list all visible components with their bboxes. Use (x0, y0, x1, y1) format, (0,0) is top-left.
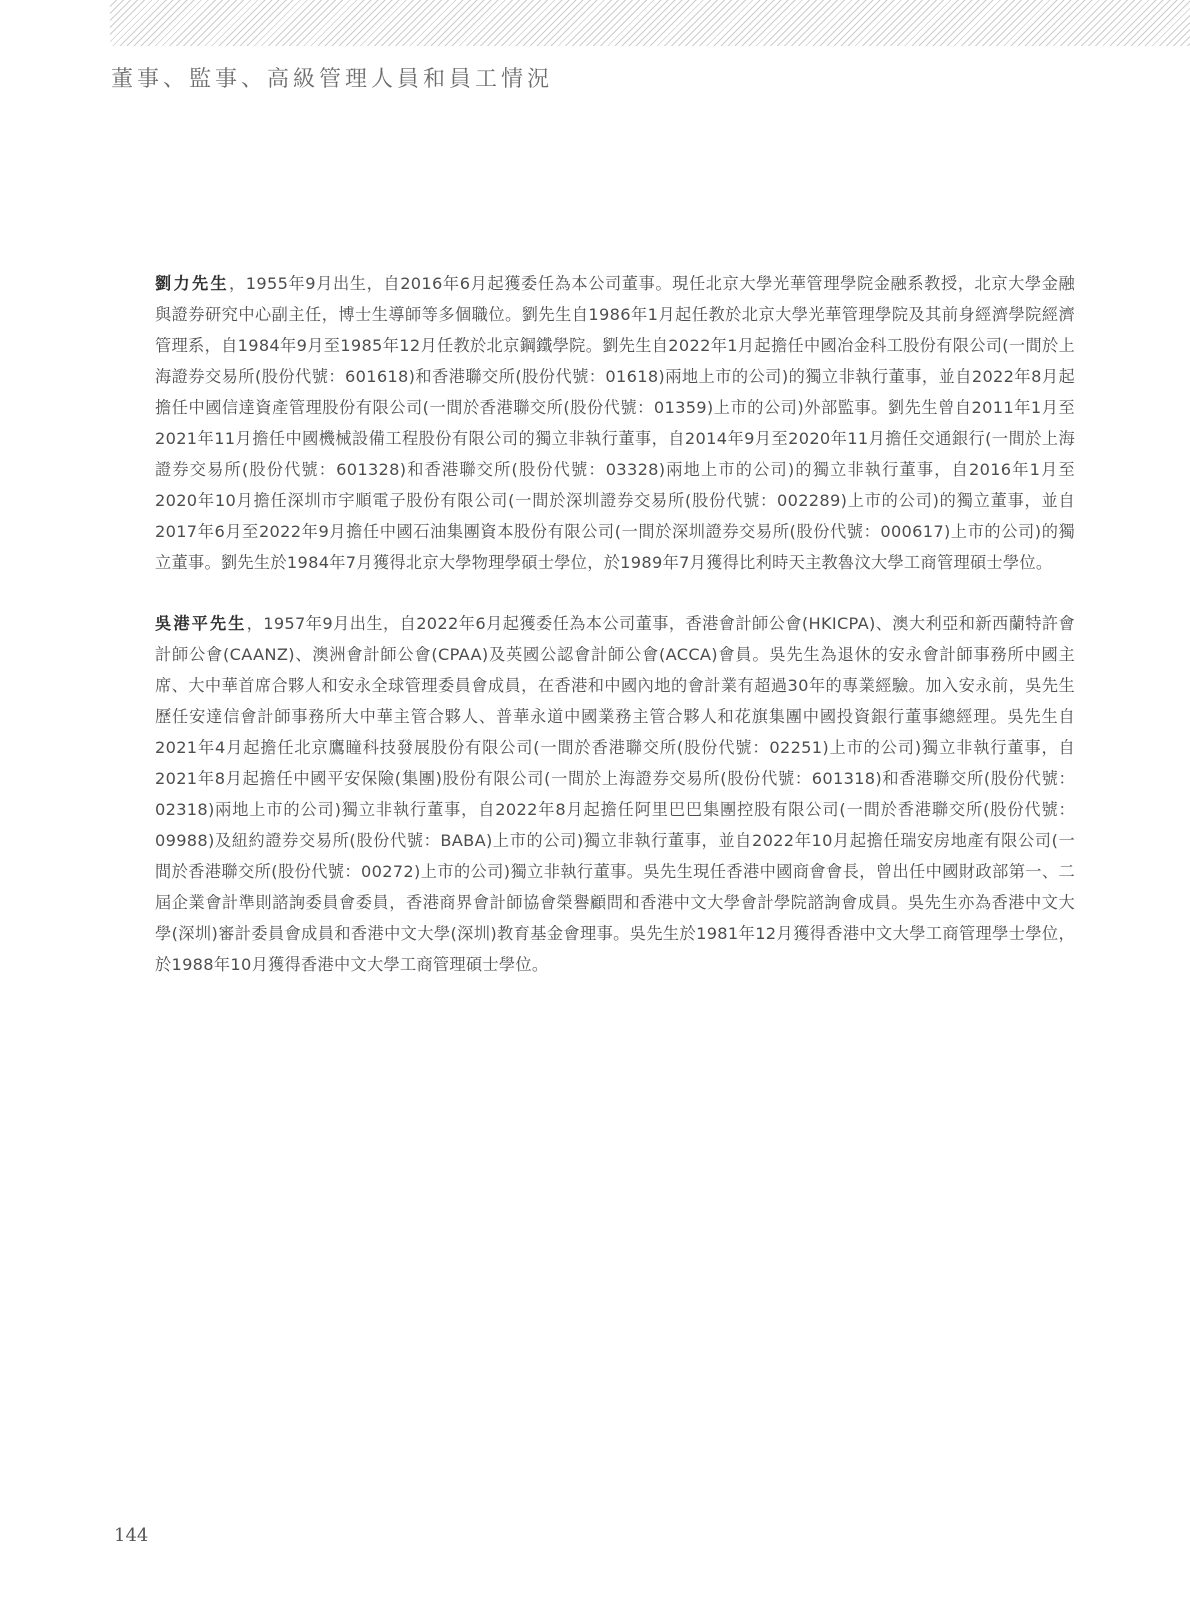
bio-name: 吳港平先生 (155, 614, 247, 633)
bio-paragraph-ng-kong-ping: 吳港平先生，1957年9月出生，自2022年6月起獲委任為本公司董事，香港會計師… (155, 608, 1075, 980)
bio-text: ，1957年9月出生，自2022年6月起獲委任為本公司董事，香港會計師公會(HK… (155, 614, 1075, 974)
decorative-hatch-band (110, 0, 1190, 46)
section-title: 董事、監事、高級管理人員和員工情況 (111, 62, 553, 93)
page-number: 144 (114, 1525, 148, 1546)
bio-name: 劉力先生 (155, 274, 229, 293)
bio-content: 劉力先生，1955年9月出生，自2016年6月起獲委任為本公司董事。現任北京大學… (155, 268, 1075, 1010)
bio-text: ，1955年9月出生，自2016年6月起獲委任為本公司董事。現任北京大學光華管理… (155, 274, 1075, 572)
bio-paragraph-liu-li: 劉力先生，1955年9月出生，自2016年6月起獲委任為本公司董事。現任北京大學… (155, 268, 1075, 578)
